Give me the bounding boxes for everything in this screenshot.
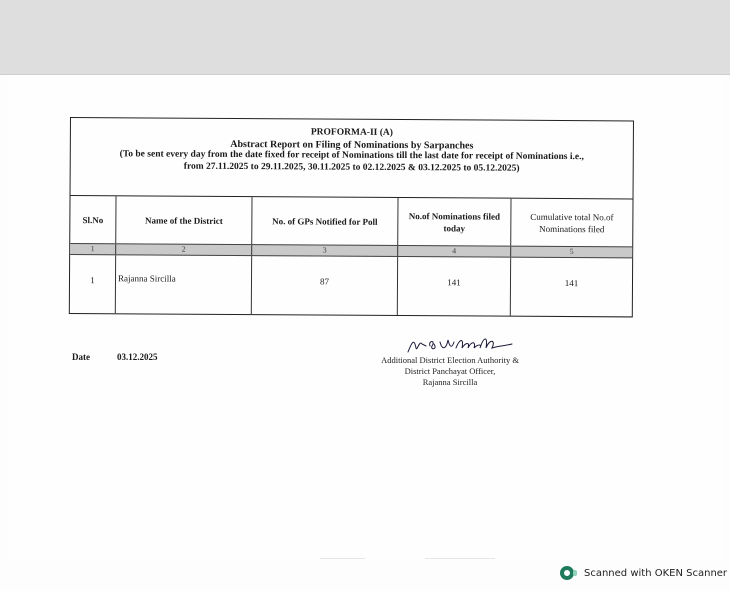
column-index: 3 bbox=[252, 245, 398, 256]
header-district: Name of the District bbox=[116, 196, 252, 244]
header-nominations-today: No.of Nominations filed today bbox=[398, 198, 511, 246]
scanner-watermark-text: Scanned with OKEN Scanner bbox=[584, 568, 727, 579]
table-row: 1 Rajanna Sircilla 87 141 141 bbox=[70, 255, 632, 316]
cell-sl-no: 1 bbox=[70, 255, 116, 313]
header-cumulative-total: Cumulative total No.of Nominations filed bbox=[511, 199, 632, 247]
report-title-block: PROFORMA-II (A) Abstract Report on Filin… bbox=[71, 118, 633, 199]
scanner-watermark: Scanned with OKEN Scanner bbox=[560, 566, 727, 580]
top-margin-band bbox=[0, 0, 730, 75]
oken-scanner-logo-icon bbox=[560, 566, 578, 580]
column-index: 5 bbox=[511, 247, 632, 258]
cell-district: Rajanna Sircilla bbox=[116, 255, 252, 314]
date-value: 03.12.2025 bbox=[117, 352, 158, 362]
cell-gps-notified: 87 bbox=[252, 256, 398, 315]
column-index: 4 bbox=[398, 246, 511, 257]
signature-image bbox=[404, 334, 524, 356]
column-index: 2 bbox=[116, 244, 252, 255]
table-header-row: Sl.No Name of the District No. of GPs No… bbox=[70, 196, 632, 246]
header-gps-notified: No. of GPs Notified for Poll bbox=[252, 197, 398, 245]
header-sl-no: Sl.No bbox=[70, 196, 116, 243]
signatory-block: Additional District Election Authority &… bbox=[360, 355, 540, 388]
signatory-office: District Panchayat Officer, bbox=[360, 366, 540, 377]
cell-nominations-today: 141 bbox=[398, 257, 511, 316]
column-index: 1 bbox=[70, 244, 116, 254]
cell-cumulative-total: 141 bbox=[511, 258, 632, 317]
signatory-district: Rajanna Sircilla bbox=[360, 377, 540, 388]
scan-artifact bbox=[425, 558, 495, 559]
date-label: Date bbox=[72, 352, 90, 362]
scan-artifact bbox=[320, 558, 365, 559]
nominations-report-table: PROFORMA-II (A) Abstract Report on Filin… bbox=[69, 117, 634, 317]
signatory-designation: Additional District Election Authority & bbox=[360, 355, 540, 366]
